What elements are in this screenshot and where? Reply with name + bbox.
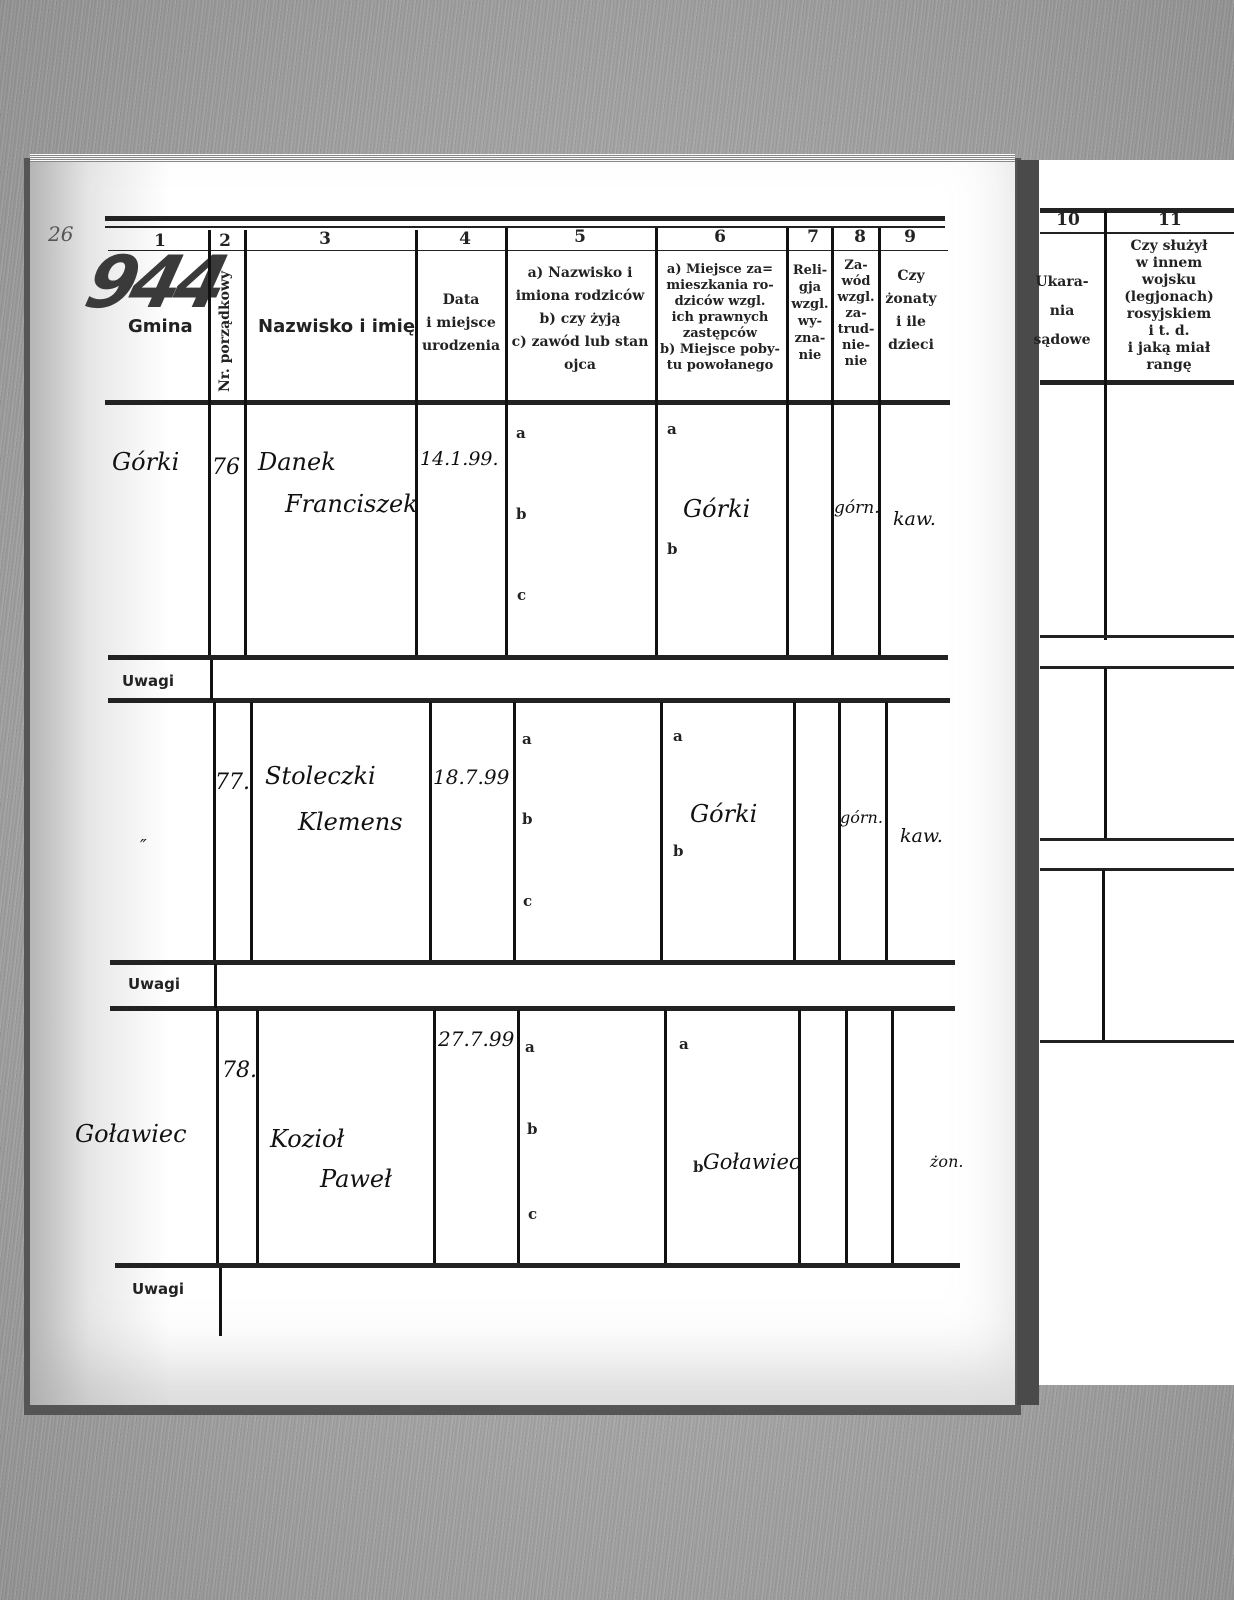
header-line: zastępców [655,326,785,342]
record-1-birth-date: 14.1.99. [420,448,499,470]
record-1-occupation: górn. [834,498,880,518]
col-divider-5-6 [664,1010,667,1265]
header-line: Reli- [788,262,832,279]
record-2-col5-b: b [522,810,533,828]
col-number-5: 5 [565,227,595,247]
right-row-rule [1040,635,1234,638]
col-divider-1-2 [216,1010,219,1265]
header-line: i ile [880,311,942,334]
header-line: rosyjskiem [1104,306,1234,323]
record-2-col6-a: a [673,727,683,745]
record-2-marital: kaw. [900,825,943,847]
right-col-divider [1104,210,1107,640]
uwagi-divider [214,964,217,1008]
remarks-label-3: Uwagi [132,1280,184,1298]
record-2-surname: Stoleczki [265,762,376,790]
col-divider-6-7 [786,228,789,658]
record-2-birth-date: 18.7.99 [433,765,509,789]
header-line: rangę [1104,357,1234,374]
col-divider-4-5 [505,228,508,658]
record-3-col5-a: a [525,1038,535,1056]
header-line: nia [1022,297,1102,326]
header-line: i t. d. [1104,323,1234,340]
col-header-4: Data i miejsce urodzenia [418,292,504,355]
header-line: zna- [788,330,832,347]
header-line: i jaką miał [1104,340,1234,357]
record-1-col6-b: b [667,540,678,558]
header-line: sądowe [1022,326,1102,355]
right-col-divider [1104,668,1107,838]
row-rule [108,655,948,660]
record-3-nr: 78. [222,1058,257,1083]
header-top-rule [105,216,945,221]
col-number-2: 2 [210,231,240,251]
col-header-10: Ukara- nia sądowe [1022,268,1102,355]
header-line: a) Miejsce za= [655,262,785,278]
col-header-nr: Nr. porządkowy [217,271,233,392]
col-header-6: a) Miejsce za= mieszkania ro- dziców wzg… [655,262,785,374]
col-number-11: 11 [1150,210,1190,230]
col-number-7: 7 [798,227,828,247]
record-2-col6-b: b [673,842,684,860]
header-line: dzieci [880,334,942,357]
row-rule [110,960,955,965]
header-line: (legjonach) [1104,289,1234,306]
header-line: wzgl. [788,296,832,313]
record-3-surname: Kozioł [270,1125,344,1153]
col-divider-3-4 [433,1010,436,1265]
record-1-col5-c: c [517,586,526,604]
col-divider-5-6 [655,228,658,658]
header-line: tu powołanego [655,358,785,374]
record-3-col5-b: b [527,1120,538,1138]
record-2-col5-c: c [523,892,532,910]
col-divider-5-6 [660,702,663,960]
col-divider-8-9 [878,228,881,658]
record-1-given-name: Franciszek [285,490,418,518]
header-bottom-rule [105,400,950,405]
col-header-7: Reli- gja wzgl. wy- zna- nie [788,262,832,364]
header-line: imiona rodziców [505,285,655,308]
col-header-8: Za- wód wzgl. za- trud- nie- nie [833,258,879,370]
col-divider-7-8 [831,228,834,658]
col-header-name: Nazwisko i imię [258,316,415,337]
header-line: wojsku [1104,272,1234,289]
col-divider-1-2 [208,230,211,660]
header-line: ojca [505,354,655,377]
header-line: b) czy żyją [505,308,655,331]
header-line: i miejsce [418,315,504,332]
col-divider-8-9 [885,702,888,960]
header-line: urodzenia [418,338,504,355]
record-2-occupation: górn. [840,808,883,827]
right-row-rule [1040,1040,1234,1043]
header-line: nie- [833,338,879,354]
col-header-11: Czy służył w innem wojsku (legjonach) ro… [1104,238,1234,374]
remarks-label-2: Uwagi [128,975,180,993]
col-divider-7-8 [838,702,841,960]
col-divider-2-3 [244,230,247,660]
header-line: Ukara- [1022,268,1102,297]
right-col-divider [1102,870,1105,1040]
record-3-given-name: Paweł [320,1165,392,1193]
record-3-birth-date: 27.7.99 [438,1027,514,1051]
record-3-col6-a: a [679,1035,689,1053]
record-1-col5-a: a [516,424,526,442]
row-rule [108,698,950,703]
header-line: w innem [1104,255,1234,272]
header-line: za- [833,306,879,322]
col-header-5: a) Nazwisko i imiona rodziców b) czy żyj… [505,262,655,377]
row-rule [115,1263,960,1268]
col-number-10: 10 [1048,210,1088,230]
uwagi-divider [219,1268,222,1336]
header-line: Czy [880,265,942,288]
header-line: ich prawnych [655,310,785,326]
record-2-col5-a: a [522,730,532,748]
record-2-nr: 77. [215,770,250,795]
header-line: wzgl. [833,290,879,306]
col-divider-2-3 [250,702,253,960]
header-line: nie [788,347,832,364]
pencil-page-number: 26 [48,222,73,246]
col-divider-8-9 [891,1010,894,1265]
record-2-residence-b: Górki [690,800,757,828]
header-line: nie [833,354,879,370]
record-2-given-name: Klemens [298,808,403,836]
col-number-4: 4 [450,229,480,249]
header-line: dziców wzgl. [655,294,785,310]
record-1-marital: kaw. [893,508,936,530]
right-row-rule [1040,666,1234,669]
header-line: b) Miejsce poby- [655,342,785,358]
right-top-rule [1040,208,1234,213]
col-number-6: 6 [705,227,735,247]
record-1-nr: 76 [212,455,240,480]
header-line: wód [833,274,879,290]
header-line: Za- [833,258,879,274]
header-line: Data [418,292,504,309]
header-line: c) zawód lub stan [505,331,655,354]
col-divider-7-8 [845,1010,848,1265]
col-divider-2-3 [256,1010,259,1265]
col-divider-6-7 [793,702,796,960]
uwagi-divider [210,660,213,700]
right-number-rule [1040,232,1234,234]
record-2-gmina-ditto: ″ [140,836,147,857]
record-1-residence-b: Górki [683,495,750,523]
col-number-8: 8 [845,227,875,247]
col-number-3: 3 [310,229,340,249]
header-line: gja [788,279,832,296]
header-line: mieszkania ro- [655,278,785,294]
record-3-col6-b: b [693,1158,704,1176]
col-number-1: 1 [140,231,180,251]
right-row-rule [1040,868,1234,871]
remarks-label-1: Uwagi [122,672,174,690]
col-divider-3-4 [429,702,432,960]
record-1-surname: Danek [258,448,336,476]
record-1-col5-b: b [516,505,527,523]
col-divider-3-4 [415,230,418,660]
header-line: wy- [788,313,832,330]
record-3-gmina: Goławiec [75,1120,187,1148]
record-3-marital: żon. [930,1152,963,1171]
record-3-residence-b: Goławiec [703,1150,801,1174]
col-divider-4-5 [517,1010,520,1265]
col-header-9: Czy żonaty i ile dzieci [880,265,942,357]
header-line: trud- [833,322,879,338]
col-number-9: 9 [895,227,925,247]
record-1-col6-a: a [667,420,677,438]
col-header-gmina: Gmina [128,316,193,337]
header-line: a) Nazwisko i [505,262,655,285]
col-divider-1-2 [213,702,216,960]
col-divider-4-5 [513,702,516,960]
record-3-col5-c: c [528,1205,537,1223]
header-line: żonaty [880,288,942,311]
record-1-gmina: Górki [112,448,179,476]
col-divider-6-7 [798,1010,801,1265]
header-line: Czy służył [1104,238,1234,255]
right-row-rule [1040,838,1234,841]
row-rule [110,1006,955,1011]
right-header-bottom [1040,380,1234,385]
